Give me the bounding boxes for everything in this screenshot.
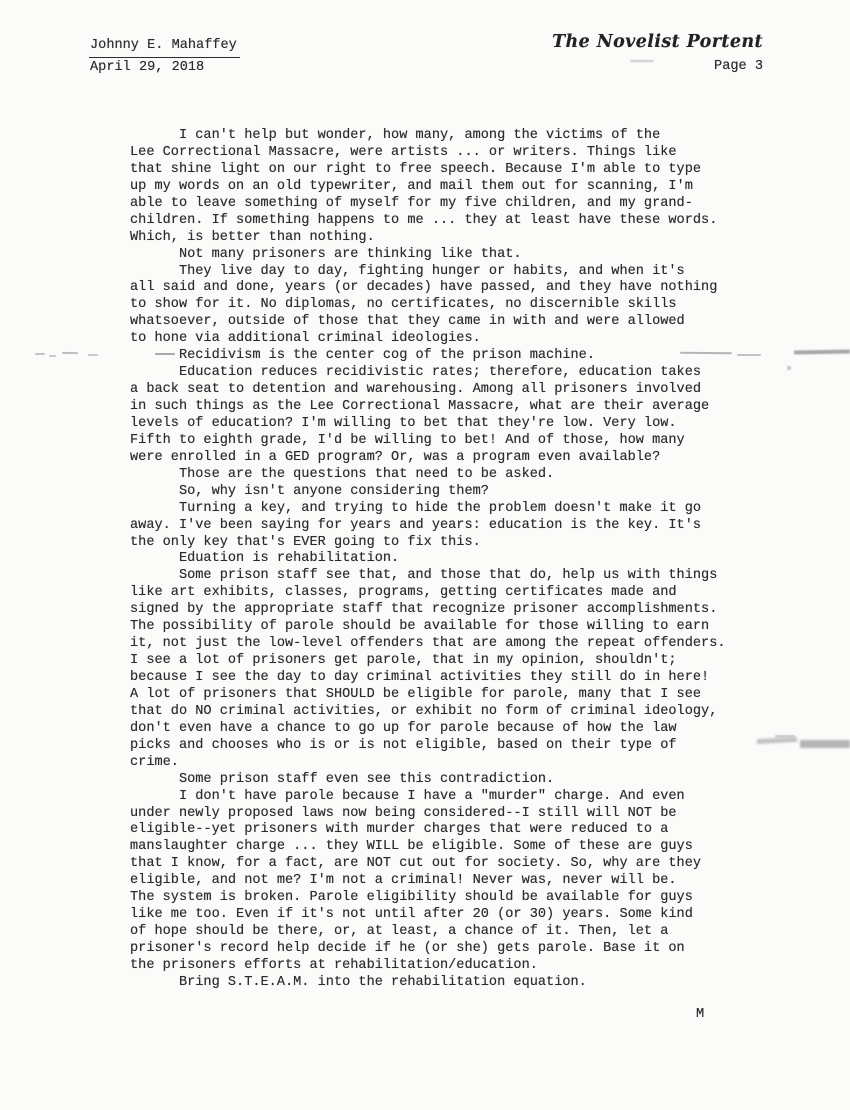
scan-smudge bbox=[737, 354, 761, 356]
header-author-block: Johnny E. Mahaffey April 29, 2018 bbox=[90, 36, 240, 78]
scan-smudge bbox=[62, 352, 78, 354]
scan-smudge bbox=[757, 737, 797, 744]
scan-smudge bbox=[787, 366, 791, 370]
header-title-block: The Novelist Portent Page 3 bbox=[552, 31, 763, 77]
scan-smudge bbox=[88, 354, 98, 356]
publication-title: The Novelist Portent bbox=[552, 31, 763, 54]
author-initial: M bbox=[696, 1006, 704, 1023]
header-date: April 29, 2018 bbox=[90, 60, 204, 75]
scan-smudge bbox=[794, 350, 850, 355]
scan-smudge bbox=[35, 353, 45, 355]
page-number: Page 3 bbox=[552, 57, 763, 77]
scan-smudge bbox=[775, 735, 795, 738]
document-page: Johnny E. Mahaffey April 29, 2018 The No… bbox=[0, 0, 850, 1110]
typewritten-body-text: I can't help but wonder, how many, among… bbox=[130, 128, 726, 992]
scan-smudge bbox=[800, 740, 850, 748]
header-author-name: Johnny E. Mahaffey bbox=[89, 36, 240, 58]
scan-smudge bbox=[49, 355, 56, 357]
